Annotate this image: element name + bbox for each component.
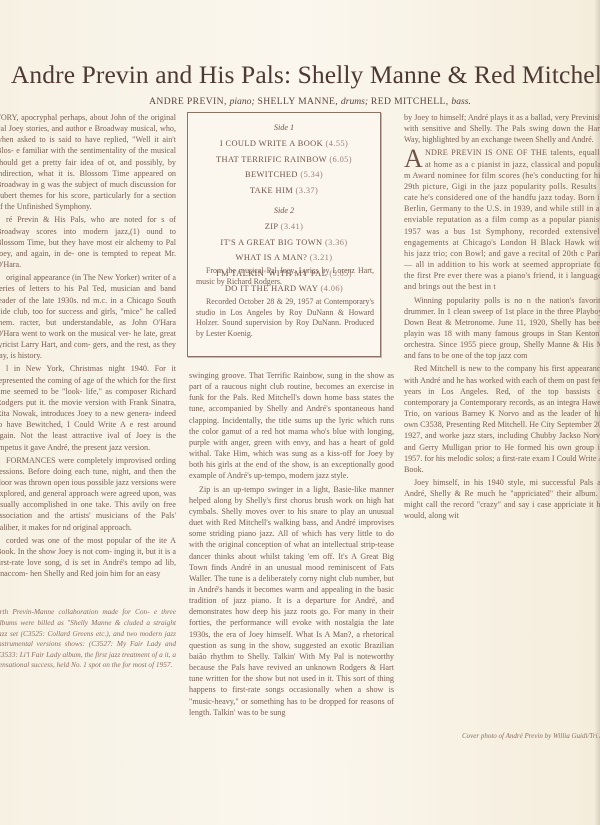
body-paragraph: swinging groove. That Terrific Rainbow, …: [189, 370, 394, 482]
track-title: THAT TERRIFIC RAINBOW: [216, 155, 327, 164]
middle-column: swinging groove. That Terrific Rainbow, …: [189, 370, 394, 720]
track-duration: (3.21): [310, 253, 333, 262]
track-title: TAKE HIM: [250, 186, 293, 195]
side-2-label: Side 2: [188, 206, 380, 215]
track-item: THAT TERRIFIC RAINBOW (6.05): [188, 152, 380, 168]
manne-bio: Winning popularity polls is no n the nat…: [404, 295, 600, 362]
right-column: by Joey to himself; André plays it as a …: [404, 112, 600, 524]
track-title: IT'S A GREAT BIG TOWN: [220, 238, 322, 247]
track-duration: (3.37): [296, 186, 319, 195]
track-duration: (4.55): [326, 139, 349, 148]
body-paragraph: by Joey to himself; André plays it as a …: [404, 112, 600, 145]
tracklist-box: Side 1 I COULD WRITE A BOOK (4.55) THAT …: [187, 112, 381, 357]
track-item: TAKE HIM (3.37): [188, 183, 380, 199]
track-item: BEWITCHED (5.34): [188, 167, 380, 183]
previn-bio: ANDRE PREVIN IS ONE OF THE talents, equa…: [404, 147, 600, 292]
personnel-instrument: piano;: [230, 96, 255, 107]
personnel-name: SHELLY MANNE,: [257, 96, 338, 107]
track-item: IT'S A GREAT BIG TOWN (3.36): [188, 235, 380, 251]
track-item: ZIP (3.41): [188, 219, 380, 235]
personnel-line: ANDRE PREVIN, piano; SHELLY MANNE, drums…: [0, 96, 600, 107]
photo-credit: Cover photo of André Previn by Willia Gu…: [462, 731, 600, 742]
body-paragraph: TORY, apocryphal perhaps, about John of …: [0, 112, 176, 212]
liner-notes-page: Andre Previn and His Pals: Shelly Manne …: [0, 0, 600, 825]
recording-credit: Recorded October 28 & 29, 1957 at Contem…: [196, 297, 374, 339]
track-item: WHAT IS A MAN? (3.21): [188, 250, 380, 266]
track-title: I COULD WRITE A BOOK: [220, 139, 323, 148]
track-duration: (3.41): [281, 222, 304, 231]
left-column: TORY, apocryphal perhaps, about John of …: [0, 112, 176, 673]
mitchell-bio: Red Mitchell is new to the company his f…: [404, 363, 600, 475]
track-item: I COULD WRITE A BOOK (4.55): [188, 136, 380, 152]
body-paragraph: FORMANCES were completely improvised ord…: [0, 455, 176, 533]
personnel-name: RED MITCHELL,: [371, 96, 449, 107]
page-edge-shadow: [594, 0, 600, 825]
side-1-label: Side 1: [188, 123, 380, 132]
track-title: ZIP: [265, 222, 278, 231]
joey-paragraph: Joey himself, in his 1940 style, mi succ…: [404, 477, 600, 522]
previn-bio-text: NDRE PREVIN IS ONE OF THE talents, equal…: [404, 148, 600, 291]
track-duration: (3.36): [325, 238, 348, 247]
album-title: Andre Previn and His Pals: Shelly Manne …: [0, 60, 600, 90]
body-paragraph: ré Previn & His Pals, who are noted for …: [0, 214, 176, 270]
personnel-instrument: drums;: [341, 96, 368, 107]
body-paragraph: l in New York, Christmas night 1940. For…: [0, 363, 176, 452]
recording-notes: From the musical Pal Joey. Lyrics by Lor…: [196, 266, 374, 349]
track-duration: (6.05): [329, 155, 352, 164]
track-title: WHAT IS A MAN?: [236, 253, 308, 262]
source-note: From the musical Pal Joey. Lyrics by Lor…: [196, 266, 374, 287]
body-paragraph: original appearance (in The New Yorker) …: [0, 272, 176, 361]
track-title: BEWITCHED: [245, 170, 298, 179]
body-paragraph: Zip is an up-tempo swinger in a light, B…: [189, 484, 394, 718]
track-duration: (5.34): [300, 170, 323, 179]
footnote: orth Previn-Manne collaboration made for…: [0, 607, 176, 671]
personnel-instrument: bass.: [451, 96, 470, 107]
personnel-name: ANDRE PREVIN,: [149, 96, 227, 107]
drop-cap: A: [404, 148, 423, 169]
body-paragraph: corded was one of the most popular of th…: [0, 535, 176, 580]
